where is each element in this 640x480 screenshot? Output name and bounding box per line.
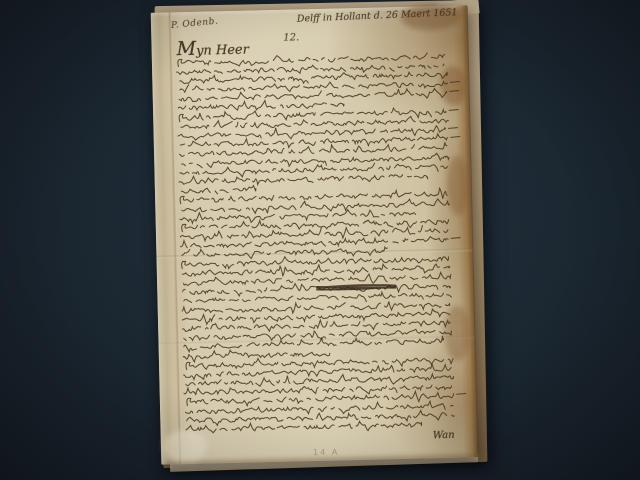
archival-note: P. Odenb. <box>171 17 219 31</box>
photo-background: P. Odenb. Delff in Hollant d. 26 Maert 1… <box>0 0 640 480</box>
paper-left-fold-edge <box>151 13 170 465</box>
manuscript-page: P. Odenb. Delff in Hollant d. 26 Maert 1… <box>151 5 478 464</box>
catchword: Wan <box>433 430 455 442</box>
body-text <box>177 51 458 434</box>
pencil-mark: 14 A <box>313 447 339 457</box>
page-number: 12. <box>283 32 299 43</box>
